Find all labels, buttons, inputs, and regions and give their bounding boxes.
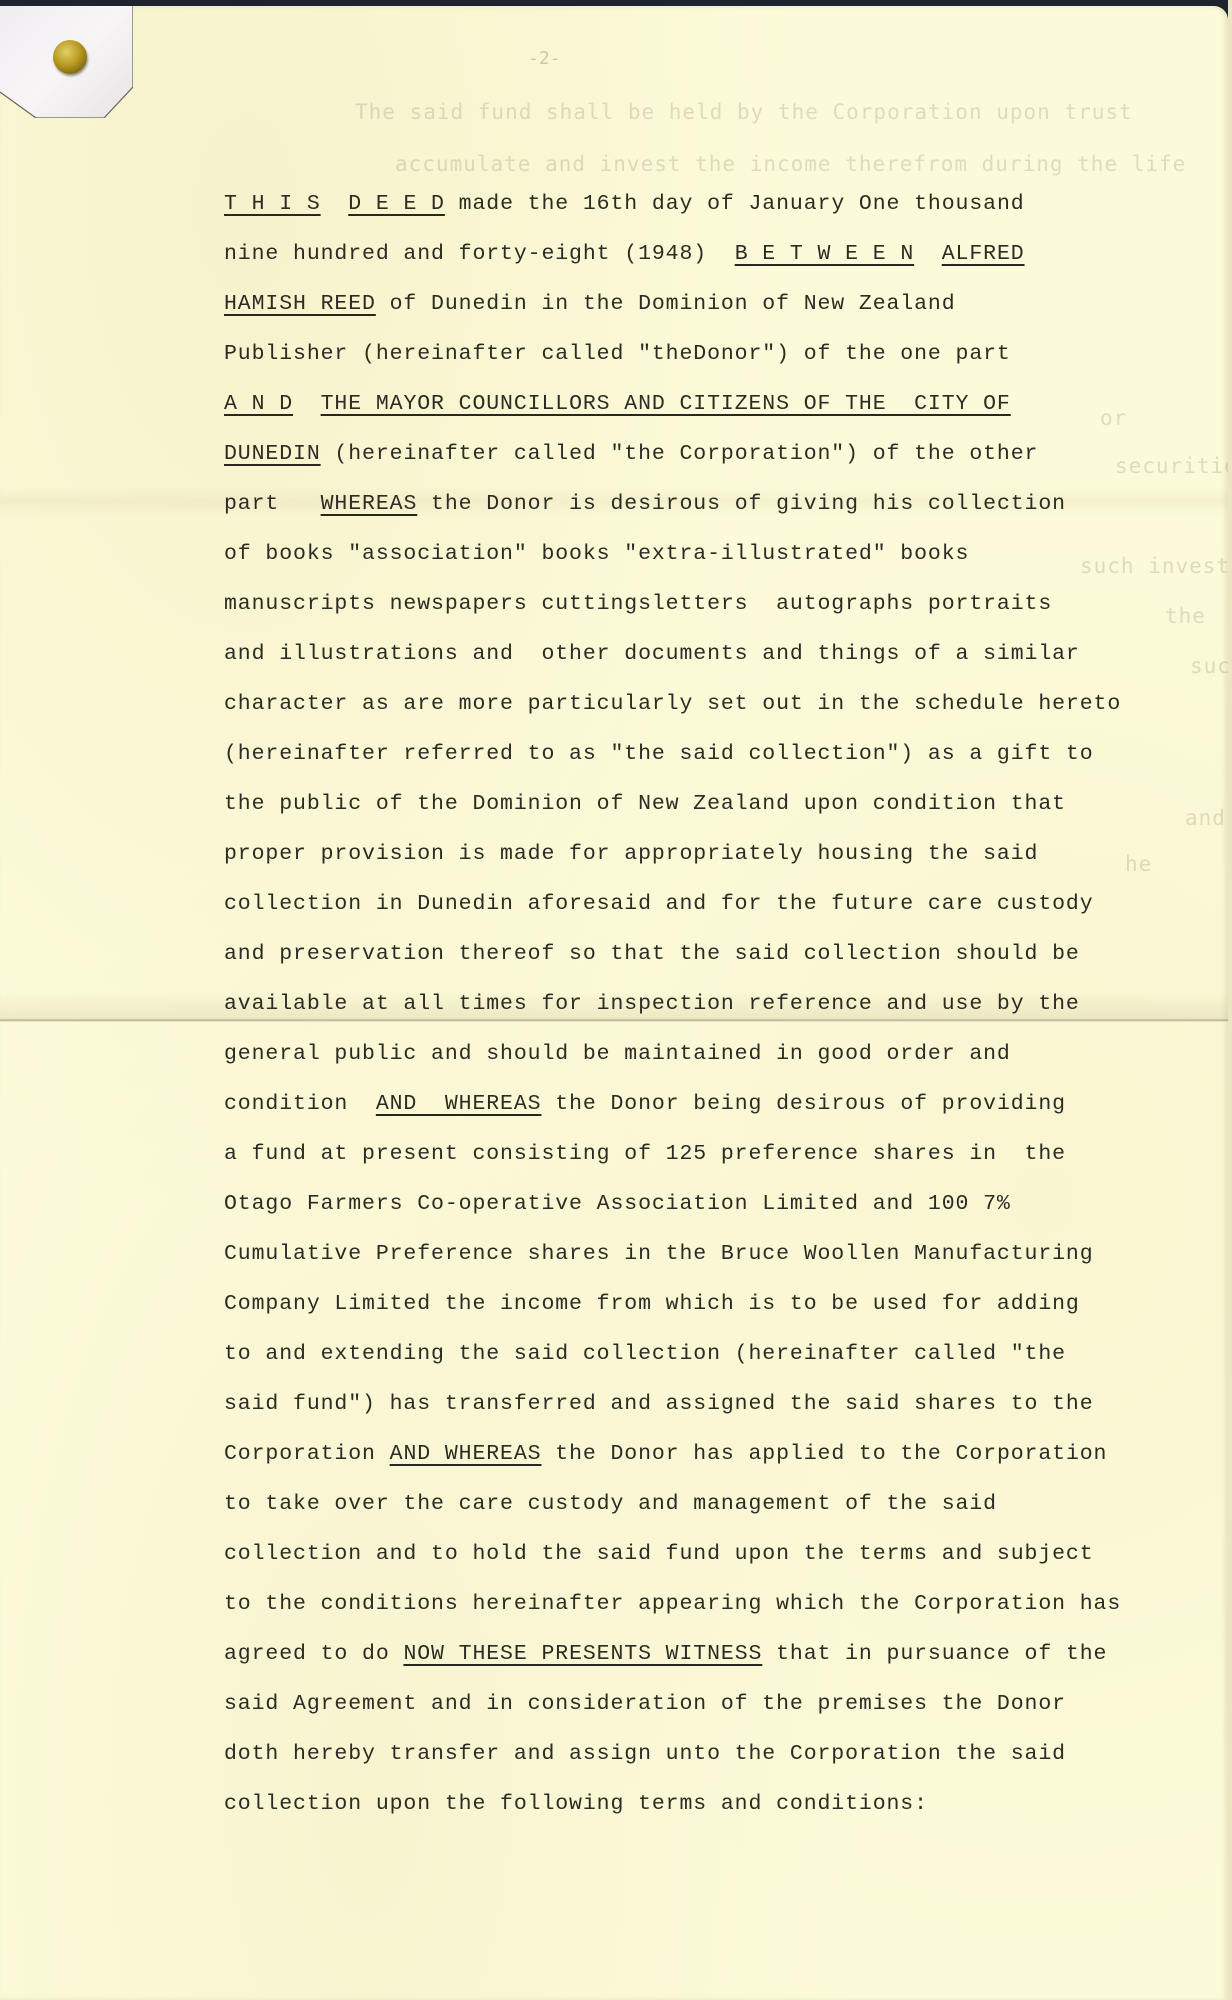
line-text: Cumulative Preference shares in the Bruc… [224,1242,1094,1266]
line-text: available at all times for inspection re… [224,992,1080,1016]
deed-line: character as are more particularly set o… [224,684,1224,734]
deed-line: a fund at present consisting of 125 pref… [224,1134,1224,1184]
deed-line: to the conditions hereinafter appearing … [224,1584,1224,1634]
deed-line: available at all times for inspection re… [224,984,1224,1034]
underlined-term: B E T W E E N [735,242,914,266]
line-text: part [224,492,321,516]
line-text: collection in Dunedin aforesaid and for … [224,892,1094,916]
deed-line: agreed to do NOW THESE PRESENTS WITNESS … [224,1634,1224,1684]
line-text: Publisher (hereinafter called "theDonor"… [224,342,1011,366]
line-text: condition [224,1092,376,1116]
deed-line: and preservation thereof so that the sai… [224,934,1224,984]
line-text [293,392,321,416]
line-text [914,242,942,266]
underlined-term: DUNEDIN [224,442,321,466]
line-text: Otago Farmers Co-operative Association L… [224,1192,1011,1216]
show-through-line: The said fund shall be held by the Corpo… [355,100,1133,124]
line-text: said Agreement and in consideration of t… [224,1692,1066,1716]
deed-line: doth hereby transfer and assign unto the… [224,1734,1224,1784]
deed-line: proper provision is made for appropriate… [224,834,1224,884]
line-text: the Donor is desirous of giving his coll… [417,492,1066,516]
line-text: proper provision is made for appropriate… [224,842,1038,866]
deed-line: collection and to hold the said fund upo… [224,1534,1224,1584]
line-text: made the 16th day of January One thousan… [445,192,1025,216]
underlined-term: T H I S [224,192,321,216]
underlined-term: ALFRED [942,242,1025,266]
line-text: doth hereby transfer and assign unto the… [224,1742,1066,1766]
deed-line: (hereinafter referred to as "the said co… [224,734,1224,784]
line-text: Corporation [224,1442,390,1466]
line-text: and preservation thereof so that the sai… [224,942,1080,966]
deed-line: manuscripts newspapers cuttingsletters a… [224,584,1224,634]
deed-line: condition AND WHEREAS the Donor being de… [224,1084,1224,1134]
line-text: to the conditions hereinafter appearing … [224,1592,1121,1616]
line-text: that in pursuance of the [762,1642,1107,1666]
deed-line: to take over the care custody and manage… [224,1484,1224,1534]
deed-line: general public and should be maintained … [224,1034,1224,1084]
deed-line: A N D THE MAYOR COUNCILLORS AND CITIZENS… [224,384,1224,434]
deed-line: Otago Farmers Co-operative Association L… [224,1184,1224,1234]
deed-body-text: T H I S D E E D made the 16th day of Jan… [224,184,1224,1834]
line-text: manuscripts newspapers cuttingsletters a… [224,592,1052,616]
deed-line: DUNEDIN (hereinafter called "the Corpora… [224,434,1224,484]
line-text: collection and to hold the said fund upo… [224,1542,1094,1566]
page-edge [1228,0,1232,2000]
page-number: -2- [528,48,561,69]
deed-line: Cumulative Preference shares in the Bruc… [224,1234,1224,1284]
line-text: character as are more particularly set o… [224,692,1121,716]
deed-line: Corporation AND WHEREAS the Donor has ap… [224,1434,1224,1484]
line-text: and illustrations and other documents an… [224,642,1080,666]
deed-line: nine hundred and forty-eight (1948) B E … [224,234,1224,284]
brass-eyelet-icon [53,40,87,74]
line-text: the Donor being desirous of providing [541,1092,1065,1116]
underlined-term: AND WHEREAS [376,1092,542,1116]
line-text: nine hundred and forty-eight (1948) [224,242,735,266]
line-text: to take over the care custody and manage… [224,1492,997,1516]
deed-line: and illustrations and other documents an… [224,634,1224,684]
deed-line: HAMISH REED of Dunedin in the Dominion o… [224,284,1224,334]
deed-line: part WHEREAS the Donor is desirous of gi… [224,484,1224,534]
deed-line: the public of the Dominion of New Zealan… [224,784,1224,834]
line-text: the public of the Dominion of New Zealan… [224,792,1066,816]
line-text: a fund at present consisting of 125 pref… [224,1142,1066,1166]
line-text: (hereinafter called "the Corporation") o… [321,442,1039,466]
underlined-term: THE MAYOR COUNCILLORS AND CITIZENS OF TH… [321,392,1011,416]
line-text: general public and should be maintained … [224,1042,1011,1066]
line-text: collection upon the following terms and … [224,1792,928,1816]
line-text: of books "association" books "extra-illu… [224,542,969,566]
line-text: Company Limited the income from which is… [224,1292,1080,1316]
line-text: said fund") has transferred and assigned… [224,1392,1094,1416]
deed-line: to and extending the said collection (he… [224,1334,1224,1384]
show-through-line: accumulate and invest the income therefr… [395,152,1186,176]
deed-line: said fund") has transferred and assigned… [224,1384,1224,1434]
deed-line: collection upon the following terms and … [224,1784,1224,1834]
deed-line: collection in Dunedin aforesaid and for … [224,884,1224,934]
line-text: the Donor has applied to the Corporation [541,1442,1107,1466]
line-text: (hereinafter referred to as "the said co… [224,742,1094,766]
underlined-term: NOW THESE PRESENTS WITNESS [403,1642,762,1666]
line-text: of Dunedin in the Dominion of New Zealan… [376,292,956,316]
underlined-term: AND WHEREAS [390,1442,542,1466]
deed-line: of books "association" books "extra-illu… [224,534,1224,584]
deed-line: Publisher (hereinafter called "theDonor"… [224,334,1224,384]
document-page: -2- The said fund shall be held by the C… [0,6,1228,2000]
deed-line: Company Limited the income from which is… [224,1284,1224,1334]
deed-line: T H I S D E E D made the 16th day of Jan… [224,184,1224,234]
line-text [321,192,349,216]
underlined-term: WHEREAS [321,492,418,516]
line-text: agreed to do [224,1642,403,1666]
underlined-term: HAMISH REED [224,292,376,316]
underlined-term: D E E D [348,192,445,216]
deed-line: said Agreement and in consideration of t… [224,1684,1224,1734]
underlined-term: A N D [224,392,293,416]
line-text: to and extending the said collection (he… [224,1342,1066,1366]
